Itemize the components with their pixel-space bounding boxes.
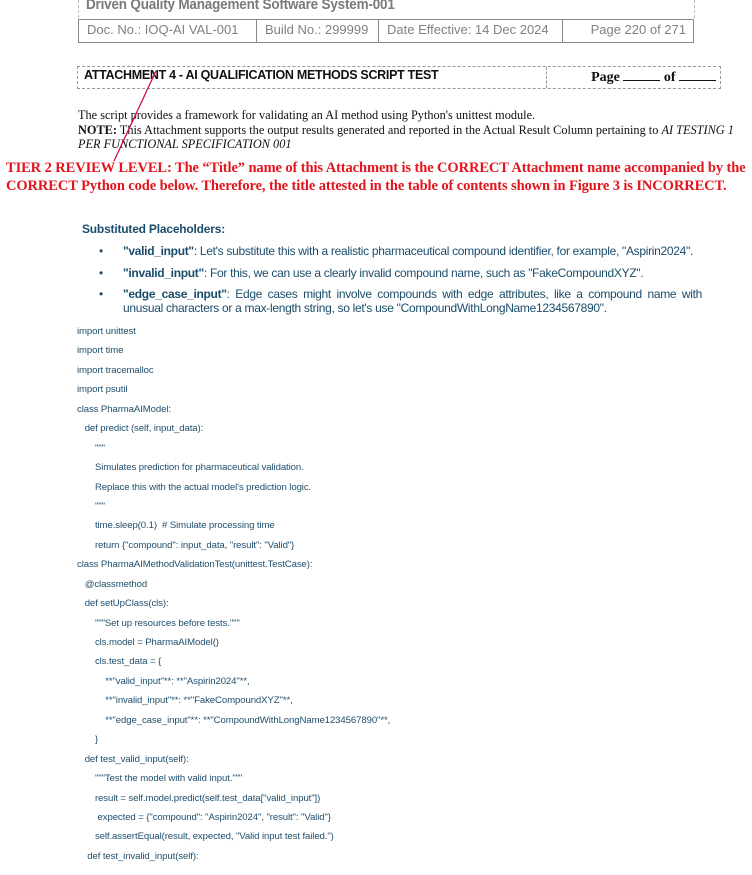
python-code-listing: import unittestimport timeimport tracema…	[77, 326, 677, 870]
code-line: """Test the model with valid input."""	[77, 773, 677, 792]
code-line: """Set up resources before tests."""	[77, 618, 677, 637]
placeholder-list: • "valid_input": Let's substitute this w…	[96, 245, 702, 323]
code-line: import time	[77, 345, 677, 364]
placeholder-item-invalid-input: • "invalid_input": For this, we can use …	[96, 267, 702, 281]
build-number: Build No.: 299999	[257, 20, 379, 42]
page-number: Page 220 of 271	[563, 20, 693, 42]
code-line: cls.test_data = {	[77, 656, 677, 675]
code-line: result = self.model.predict(self.test_da…	[77, 793, 677, 812]
attachment-page-field: Page of	[547, 67, 720, 88]
code-line: def setUpClass(cls):	[77, 598, 677, 617]
code-line: def test_invalid_input(self):	[77, 851, 677, 870]
code-line: self.assertEqual(result, expected, "Vali…	[77, 831, 677, 850]
page-blank	[623, 69, 660, 81]
attachment-title: ATTACHMENT 4 - AI QUALIFICATION METHODS …	[78, 67, 547, 88]
code-line: }	[77, 734, 677, 753]
code-line: def test_valid_input(self):	[77, 754, 677, 773]
note-paragraph: NOTE: This Attachment supports the outpu…	[78, 123, 738, 152]
placeholder-item-edge-case-input: • "edge_case_input": Edge cases might in…	[96, 288, 702, 315]
of-label: of	[664, 70, 676, 85]
tier2-review-annotation: TIER 2 REVIEW LEVEL: The “Title” name of…	[6, 160, 751, 195]
code-line: **"invalid_input"**: **"FakeCompoundXYZ"…	[77, 695, 677, 714]
code-line: class PharmaAIModel:	[77, 404, 677, 423]
code-line: import tracemalloc	[77, 365, 677, 384]
note-label: NOTE:	[78, 123, 117, 137]
code-line: expected = {"compound": "Aspirin2024", "…	[77, 812, 677, 831]
document-header-title: Driven Quality Management Software Syste…	[86, 0, 395, 13]
code-line: import psutil	[77, 384, 677, 403]
placeholder-description: : For this, we can use a clearly invalid…	[204, 266, 643, 280]
code-line: @classmethod	[77, 579, 677, 598]
placeholder-key: "valid_input"	[123, 244, 194, 258]
note-text: This Attachment supports the output resu…	[117, 123, 662, 137]
margin-guide-right	[694, 0, 695, 18]
code-line: Simulates prediction for pharmaceutical …	[77, 462, 677, 481]
code-line: class PharmaAIMethodValidationTest(unitt…	[77, 559, 677, 578]
bullet-icon: •	[99, 267, 103, 281]
placeholders-heading: Substituted Placeholders:	[82, 222, 225, 236]
page-label: Page	[591, 70, 620, 85]
code-line: """	[77, 443, 677, 462]
code-line: **"valid_input"**: **"Aspirin2024"**,	[77, 676, 677, 695]
placeholder-item-valid-input: • "valid_input": Let's substitute this w…	[96, 245, 702, 259]
intro-line: The script provides a framework for vali…	[78, 108, 738, 123]
intro-section: The script provides a framework for vali…	[78, 108, 738, 152]
bullet-icon: •	[99, 245, 103, 259]
date-effective: Date Effective: 14 Dec 2024	[379, 20, 563, 42]
document-header-table: Doc. No.: IOQ-AI VAL-001 Build No.: 2999…	[78, 19, 694, 43]
of-blank	[679, 69, 716, 81]
code-line: time.sleep(0.1) # Simulate processing ti…	[77, 520, 677, 539]
code-line: """	[77, 501, 677, 520]
code-line: return {"compound": input_data, "result"…	[77, 540, 677, 559]
placeholder-key: "edge_case_input"	[123, 287, 227, 301]
code-line: import unittest	[77, 326, 677, 345]
margin-guide-left	[78, 0, 79, 18]
code-line: Replace this with the actual model's pre…	[77, 482, 677, 501]
code-line: **"edge_case_input"**: **"CompoundWithLo…	[77, 715, 677, 734]
code-line: def predict (self, input_data):	[77, 423, 677, 442]
attachment-title-box: ATTACHMENT 4 - AI QUALIFICATION METHODS …	[77, 66, 721, 89]
placeholder-description: : Let's substitute this with a realistic…	[194, 244, 693, 258]
doc-number: Doc. No.: IOQ-AI VAL-001	[79, 20, 257, 42]
bullet-icon: •	[99, 288, 103, 302]
code-line: cls.model = PharmaAIModel()	[77, 637, 677, 656]
placeholder-key: "invalid_input"	[123, 266, 204, 280]
